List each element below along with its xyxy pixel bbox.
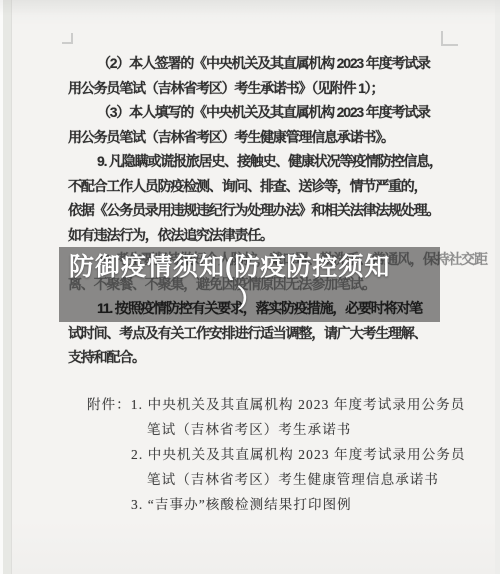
crop-mark-top-right-icon (441, 31, 458, 46)
page-top-shadow (0, 0, 500, 16)
doc-line: 依据《公务员录用违规违纪行为处理办法》和相关法律法规处理。 (68, 198, 454, 223)
doc-line: 用公务员笔试（吉林省考区）考生健康管理信息承诺书》。 (68, 125, 454, 150)
overlay-title-line2: ） (59, 284, 440, 314)
attachment-line: 笔试（吉林省考区）考生承诺书 (147, 417, 466, 442)
doc-line: 如有违法行为，依法追究法律责任。 (68, 223, 454, 248)
doc-line: 支持和配合。 (68, 345, 454, 370)
doc-line: 用公务员笔试（吉林省考区）考生承诺书》（见附件 1）； (68, 76, 454, 101)
page-edge-left-inner (3, 0, 12, 574)
attachment-line: 2. 中央机关及其直属机构 2023 年度考试录用公务员 (131, 442, 466, 467)
doc-line: 9. 凡隐瞒或谎报旅居史、接触史、健康状况等疫情防控信息， (68, 149, 454, 174)
page-edge-right (495, 0, 500, 574)
attachment-list: 附件：1. 中央机关及其直属机构 2023 年度考试录用公务员 笔试（吉林省考区… (87, 392, 466, 517)
overlay-title-line1: 防御疫情须知(防疫防控须知 (69, 252, 440, 283)
attachment-line: 3. “吉事办”核酸检测结果打印图例 (131, 492, 466, 517)
doc-line: 不配合工作人员防疫检测、询问、排查、送诊等，情节严重的， (68, 174, 454, 199)
document-photo: { "page": { "background": "#f4f3f1", "ed… (0, 0, 500, 574)
attachment-line: 附件：1. 中央机关及其直属机构 2023 年度考试录用公务员 (87, 392, 466, 417)
doc-line: 试时间、考点及有关工作安排进行适当调整，请广大考生理解、 (68, 321, 454, 346)
crop-mark-top-left-icon (62, 33, 73, 44)
doc-line: （3）本人填写的《中央机关及其直属机构 2023 年度考试录 (68, 100, 454, 125)
attachment-line: 笔试（吉林省考区）考生健康管理信息承诺书 (147, 467, 466, 492)
doc-line: （2）本人签署的《中央机关及其直属机构 2023 年度考试录 (68, 51, 454, 76)
title-overlay-banner: 防御疫情须知(防疫防控须知 ） (59, 247, 440, 322)
